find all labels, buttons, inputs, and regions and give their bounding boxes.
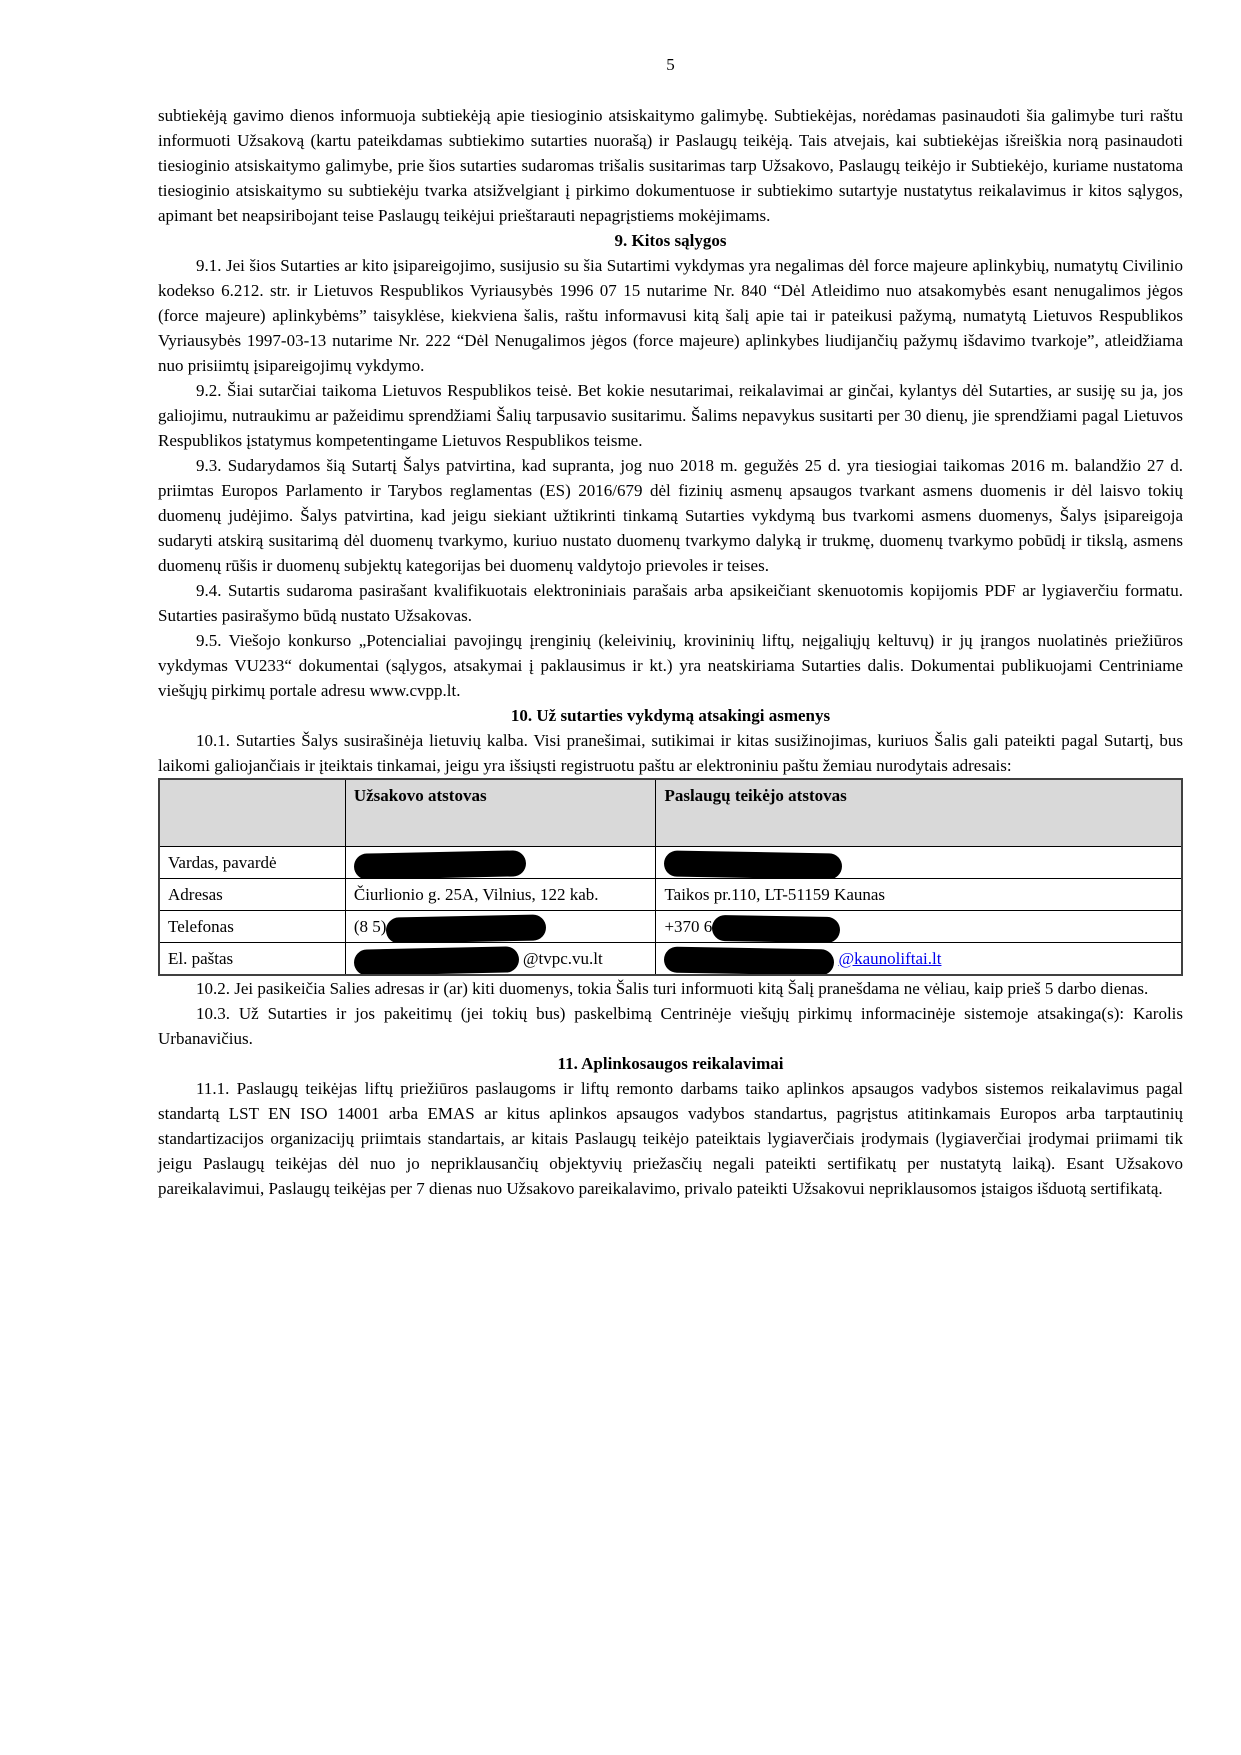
- row-label-address: Adresas: [159, 879, 345, 911]
- paragraph-10-2: 10.2. Jei pasikeičia Salies adresas ir (…: [158, 976, 1183, 1001]
- redaction-block: [664, 851, 842, 879]
- table-header-row: Užsakovo atstovas Paslaugų teikėjo atsto…: [159, 779, 1182, 847]
- section-11-heading: 11. Aplinkosaugos reikalavimai: [158, 1051, 1183, 1076]
- paragraph-9-5: 9.5. Viešojo konkurso „Potencialiai pavo…: [158, 628, 1183, 703]
- header-empty-cell: [159, 779, 345, 847]
- row-label-name: Vardas, pavardė: [159, 847, 345, 879]
- email-uzsakovas-domain: @tvpc.vu.lt: [523, 949, 603, 968]
- section-10-heading: 10. Už sutarties vykdymą atsakingi asmen…: [158, 703, 1183, 728]
- header-uzsakovas: Užsakovo atstovas: [345, 779, 656, 847]
- redaction-block: [354, 946, 520, 975]
- paragraph-9-4: 9.4. Sutartis sudaroma pasirašant kvalif…: [158, 578, 1183, 628]
- paragraph-11-1: 11.1. Paslaugų teikėjas liftų priežiūros…: [158, 1076, 1183, 1201]
- redaction-block: [354, 850, 527, 878]
- paragraph-9-3: 9.3. Sudarydamos šią Sutartį Šalys patvi…: [158, 453, 1183, 578]
- redaction-block: [386, 914, 547, 942]
- paragraph-10-3: 10.3. Už Sutarties ir jos pakeitimų (jei…: [158, 1001, 1183, 1051]
- table-row-phone: Telefonas (8 5) +370 6: [159, 911, 1182, 943]
- page-number: 5: [158, 52, 1183, 77]
- table-row-email: El. paštas @tvpc.vu.lt @kaunoliftai.lt: [159, 943, 1182, 976]
- intro-paragraph: subtiekėją gavimo dienos informuoja subt…: [158, 103, 1183, 228]
- email-teikejas-link[interactable]: @kaunoliftai.lt: [838, 949, 941, 968]
- table-row-name: Vardas, pavardė: [159, 847, 1182, 879]
- address-uzsakovas: Čiurlionio g. 25A, Vilnius, 122 kab.: [345, 879, 656, 911]
- address-teikejas: Taikos pr.110, LT-51159 Kaunas: [656, 879, 1182, 911]
- table-row-address: Adresas Čiurlionio g. 25A, Vilnius, 122 …: [159, 879, 1182, 911]
- paragraph-9-2: 9.2. Šiai sutarčiai taikoma Lietuvos Res…: [158, 378, 1183, 453]
- paragraph-9-1: 9.1. Jei šios Sutarties ar kito įsiparei…: [158, 253, 1183, 378]
- paragraph-10-1: 10.1. Sutarties Šalys susirašinėja lietu…: [158, 728, 1183, 778]
- phone-uzsakovas-prefix: (8 5): [354, 917, 387, 936]
- row-label-phone: Telefonas: [159, 911, 345, 943]
- redaction-block: [664, 947, 834, 975]
- row-label-email: El. paštas: [159, 943, 345, 976]
- redaction-block: [712, 915, 840, 943]
- section-9-heading: 9. Kitos sąlygos: [158, 228, 1183, 253]
- header-teikejas: Paslaugų teikėjo atstovas: [656, 779, 1182, 847]
- document-page: 5 subtiekėją gavimo dienos informuoja su…: [0, 0, 1241, 1755]
- phone-teikejas-prefix: +370 6: [664, 917, 712, 936]
- contacts-table: Užsakovo atstovas Paslaugų teikėjo atsto…: [158, 778, 1183, 976]
